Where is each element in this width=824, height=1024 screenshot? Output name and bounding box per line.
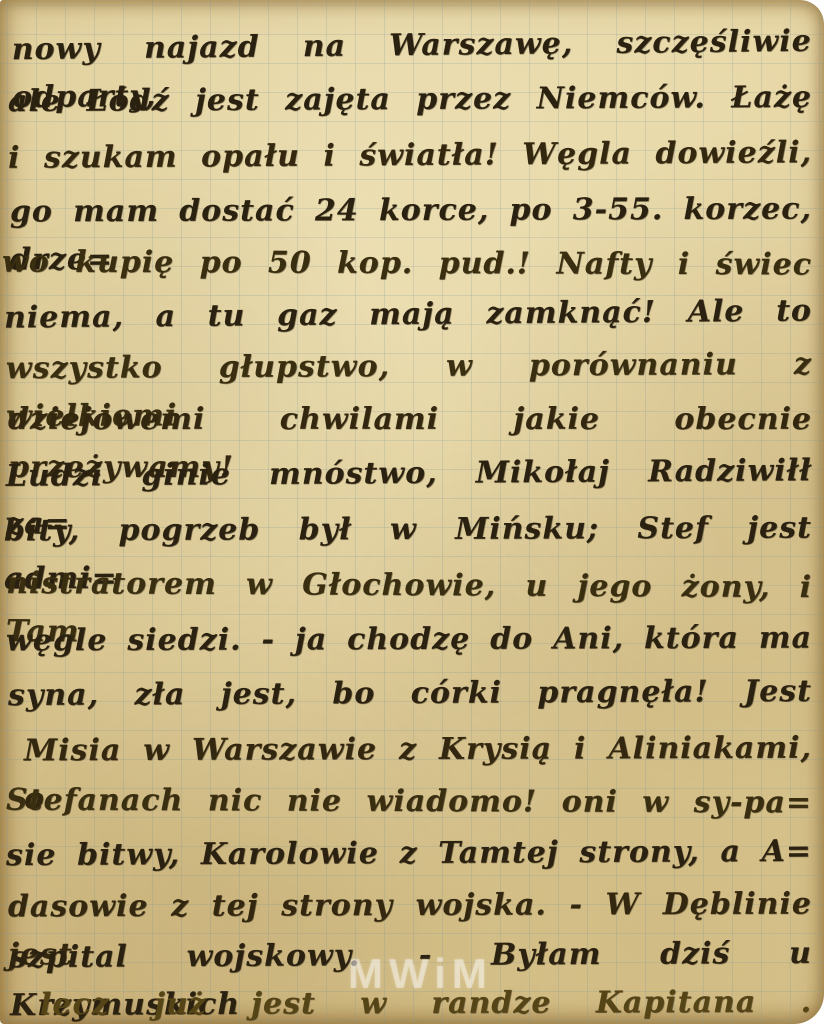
handwriting-line: wo kupię po 50 kop. pud.! Nafty i świec xyxy=(2,239,812,290)
handwriting-line: Stefanach nic nie wiadomo! oni w sy-pa= xyxy=(6,777,812,828)
handwriting-line: węgle siedzi. - ja chodzę do Ani, która … xyxy=(6,615,812,666)
handwriting-line: syna, zła jest, bo córki pragnęła! Jest xyxy=(8,668,812,720)
scanned-document: nowy najazd na Warszawę, szczęśliwie odp… xyxy=(0,0,824,1024)
handwriting-text-block: nowy najazd na Warszawę, szczęśliwie odp… xyxy=(0,0,824,1024)
handwriting-line: ale Łódź jest zajęta przez Niemców. Łażę xyxy=(8,74,812,126)
handwriting-line: i szukam opału i światła! Węgla dowieźli… xyxy=(8,129,812,183)
handwriting-line: niema, a tu gaz mają zamknąć! Ale to xyxy=(4,287,812,342)
letter-page: nowy najazd na Warszawę, szczęśliwie odp… xyxy=(0,0,824,1024)
handwriting-line: sie bitwy, Karolowie z Tamtej strony, a … xyxy=(6,828,812,880)
handwriting-line: lecz już jest w randze Kapitana . xyxy=(40,979,812,1024)
